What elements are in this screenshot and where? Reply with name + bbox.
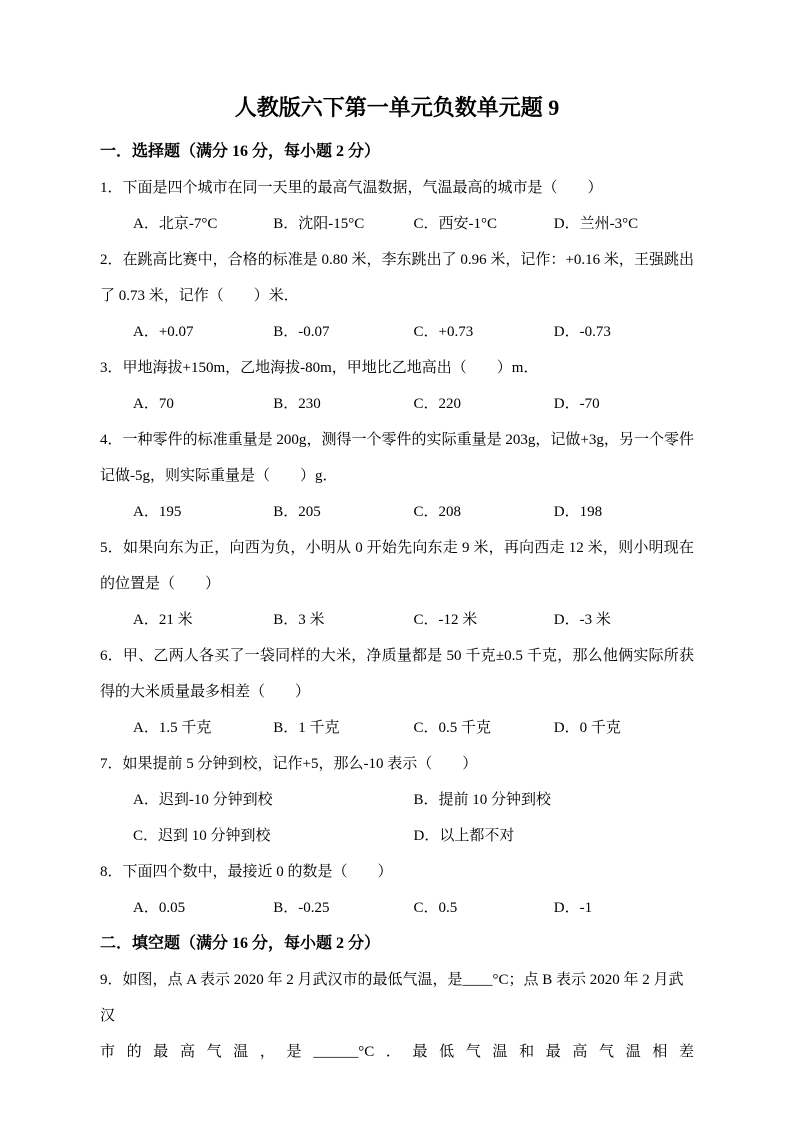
option: C．西安-1°C [414,206,554,242]
question-6: 6．甲、乙两人各买了一袋同样的大米，净质量都是 50 千克±0.5 千克，那么他… [100,638,694,746]
section-heading-fill: 二．填空题（满分 16 分，每小题 2 分） [100,926,694,962]
question-options: A．北京-7°C B．沈阳-15°C C．西安-1°C D．兰州-3°C [100,206,694,242]
option: C．+0.73 [414,314,554,350]
option: B．-0.25 [273,890,413,926]
question-4: 4．一种零件的标准重量是 200g，测得一个零件的实际重量是 203g，记做+3… [100,422,694,530]
option: D．198 [554,494,694,530]
question-text-line-2: 市的最高气温，是______°C．最低气温和最高气温相差 [100,1034,694,1070]
question-text: 1．下面是四个城市在同一天里的最高气温数据，气温最高的城市是（ ） [100,170,694,206]
question-7: 7．如果提前 5 分钟到校，记作+5，那么-10 表示（ ） A．迟到-10 分… [100,746,694,854]
option: B．3 米 [273,602,413,638]
option: D．-1 [554,890,694,926]
question-options: A．0.05 B．-0.25 C．0.5 D．-1 [100,890,694,926]
question-9: 9．如图，点 A 表示 2020 年 2 月武汉市的最低气温，是____°C；点… [100,962,694,1070]
option: C．208 [414,494,554,530]
option: D．以上都不对 [414,818,695,854]
question-options: A．21 米 B．3 米 C．-12 米 D．-3 米 [100,602,694,638]
question-options: A．+0.07 B．-0.07 C．+0.73 D．-0.73 [100,314,694,350]
option: A．北京-7°C [133,206,273,242]
question-text-line-1: 9．如图，点 A 表示 2020 年 2 月武汉市的最低气温，是____°C；点… [100,962,694,1034]
option: B．提前 10 分钟到校 [414,782,695,818]
option: D．兰州-3°C [554,206,694,242]
option: D．-3 米 [554,602,694,638]
option: C．-12 米 [414,602,554,638]
question-text: 7．如果提前 5 分钟到校，记作+5，那么-10 表示（ ） [100,746,694,782]
question-text: 3．甲地海拔+150m，乙地海拔-80m，甲地比乙地高出（ ）m． [100,350,694,386]
question-text: 8．下面四个数中，最接近 0 的数是（ ） [100,854,694,890]
option: A．1.5 千克 [133,710,273,746]
question-2: 2．在跳高比赛中，合格的标准是 0.80 米，李东跳出了 0.96 米，记作：+… [100,242,694,350]
section-heading-choice: 一．选择题（满分 16 分，每小题 2 分） [100,134,694,170]
question-8: 8．下面四个数中，最接近 0 的数是（ ） A．0.05 B．-0.25 C．0… [100,854,694,926]
question-text: 2．在跳高比赛中，合格的标准是 0.80 米，李东跳出了 0.96 米，记作：+… [100,242,694,314]
worksheet-page: 人教版六下第一单元负数单元题 9 一．选择题（满分 16 分，每小题 2 分） … [0,0,794,1123]
question-1: 1．下面是四个城市在同一天里的最高气温数据，气温最高的城市是（ ） A．北京-7… [100,170,694,242]
option: B．沈阳-15°C [273,206,413,242]
option: B．205 [273,494,413,530]
option: C．0.5 [414,890,554,926]
question-text: 5．如果向东为正，向西为负，小明从 0 开始先向东走 9 米，再向西走 12 米… [100,530,694,602]
option: D．0 千克 [554,710,694,746]
page-title: 人教版六下第一单元负数单元题 9 [100,92,694,124]
option: C．220 [414,386,554,422]
option: B．230 [273,386,413,422]
option: A．21 米 [133,602,273,638]
question-options: A．1.5 千克 B．1 千克 C．0.5 千克 D．0 千克 [100,710,694,746]
option: B．-0.07 [273,314,413,350]
question-3: 3．甲地海拔+150m，乙地海拔-80m，甲地比乙地高出（ ）m． A．70 B… [100,350,694,422]
question-text: 6．甲、乙两人各买了一袋同样的大米，净质量都是 50 千克±0.5 千克，那么他… [100,638,694,710]
option: A．0.05 [133,890,273,926]
question-text: 4．一种零件的标准重量是 200g，测得一个零件的实际重量是 203g，记做+3… [100,422,694,494]
option: D．-0.73 [554,314,694,350]
option: C．0.5 千克 [414,710,554,746]
option: B．1 千克 [273,710,413,746]
option: C．迟到 10 分钟到校 [133,818,414,854]
option: A．+0.07 [133,314,273,350]
question-options: A．70 B．230 C．220 D．-70 [100,386,694,422]
option: A．迟到-10 分钟到校 [133,782,414,818]
question-5: 5．如果向东为正，向西为负，小明从 0 开始先向东走 9 米，再向西走 12 米… [100,530,694,638]
option: A．70 [133,386,273,422]
option: D．-70 [554,386,694,422]
question-options: A．迟到-10 分钟到校 B．提前 10 分钟到校 C．迟到 10 分钟到校 D… [100,782,694,854]
option: A．195 [133,494,273,530]
question-options: A．195 B．205 C．208 D．198 [100,494,694,530]
